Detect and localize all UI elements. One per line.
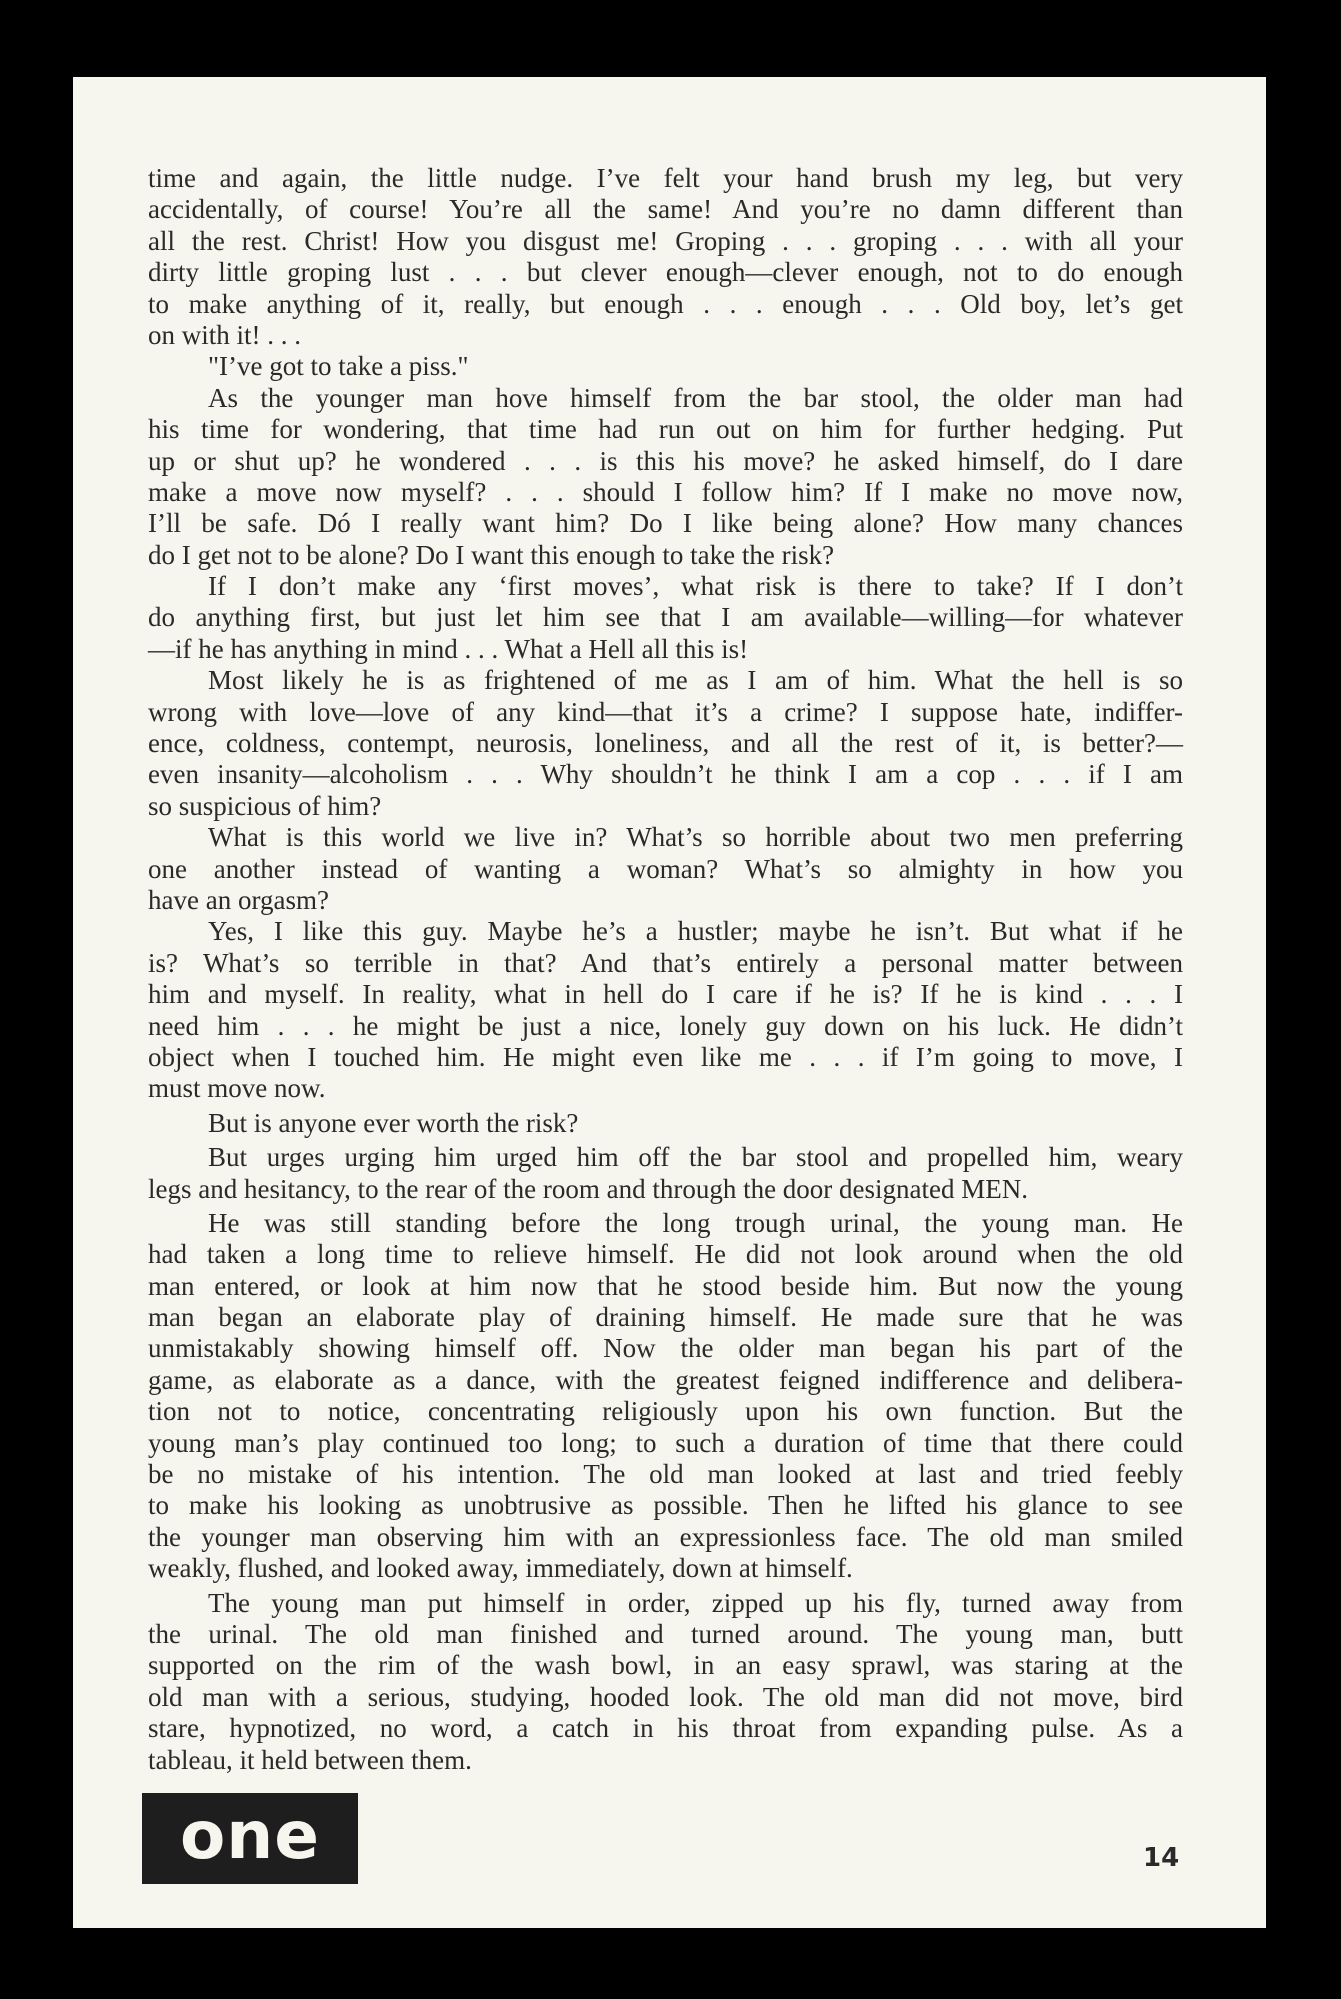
text-line: He was still standing before the long tr… [148, 1208, 1183, 1239]
text-line: the urinal. The old man finished and tur… [148, 1619, 1183, 1650]
text-line: old man with a serious, studying, hooded… [148, 1682, 1183, 1713]
text-line: object when I touched him. He might even… [148, 1042, 1183, 1073]
text-line: tion not to notice, concentrating religi… [148, 1396, 1183, 1427]
text-line: to make his looking as unobtrusive as po… [148, 1490, 1183, 1521]
paragraph: "I’ve got to take a piss." [148, 351, 1183, 382]
page-number: 14 [1143, 1843, 1179, 1873]
text-line: one another instead of wanting a woman? … [148, 854, 1183, 885]
paragraph: The young man put himself in order, zipp… [148, 1588, 1183, 1776]
text-line: wrong with love—love of any kind—that it… [148, 697, 1183, 728]
text-line: tableau, it held between them. [148, 1745, 1183, 1776]
paragraph: What is this world we live in? What’s so… [148, 822, 1183, 916]
paragraph: Yes, I like this guy. Maybe he’s a hustl… [148, 916, 1183, 1104]
article-body: time and again, the little nudge. I’ve f… [148, 163, 1183, 1776]
text-line: do anything first, but just let him see … [148, 602, 1183, 633]
text-line: up or shut up? he wondered . . . is this… [148, 446, 1183, 477]
paragraph: time and again, the little nudge. I’ve f… [148, 163, 1183, 351]
text-line: had taken a long time to relieve himself… [148, 1239, 1183, 1270]
magazine-logo: one [142, 1793, 358, 1884]
text-line: weakly, flushed, and looked away, immedi… [148, 1553, 1183, 1584]
text-line: "I’ve got to take a piss." [148, 351, 1183, 382]
text-line: unmistakably showing himself off. Now th… [148, 1333, 1183, 1364]
text-line: Most likely he is as frightened of me as… [148, 665, 1183, 696]
text-line: As the younger man hove himself from the… [148, 383, 1183, 414]
text-line: man began an elaborate play of draining … [148, 1302, 1183, 1333]
text-line: must move now. [148, 1073, 1183, 1104]
magazine-page: time and again, the little nudge. I’ve f… [73, 77, 1266, 1928]
text-line: man entered, or look at him now that he … [148, 1271, 1183, 1302]
text-line: on with it! . . . [148, 320, 1183, 351]
text-line: him and myself. In reality, what in hell… [148, 979, 1183, 1010]
text-line: legs and hesitancy, to the rear of the r… [148, 1174, 1183, 1205]
text-line: —if he has anything in mind . . . What a… [148, 634, 1183, 665]
text-line: to make anything of it, really, but enou… [148, 289, 1183, 320]
paragraph: Most likely he is as frightened of me as… [148, 665, 1183, 822]
text-line: need him . . . he might be just a nice, … [148, 1011, 1183, 1042]
paragraph: If I don’t make any ‘first moves’, what … [148, 571, 1183, 665]
paragraph: But is anyone ever worth the risk? [148, 1108, 1183, 1139]
text-line: time and again, the little nudge. I’ve f… [148, 163, 1183, 194]
text-line: young man’s play continued too long; to … [148, 1428, 1183, 1459]
paragraph: But urges urging him urged him off the b… [148, 1142, 1183, 1205]
text-line: so suspicious of him? [148, 791, 1183, 822]
text-line: But is anyone ever worth the risk? [148, 1108, 1183, 1139]
text-line: game, as elaborate as a dance, with the … [148, 1365, 1183, 1396]
text-line: What is this world we live in? What’s so… [148, 822, 1183, 853]
text-line: The young man put himself in order, zipp… [148, 1588, 1183, 1619]
text-line: But urges urging him urged him off the b… [148, 1142, 1183, 1173]
paragraph: As the younger man hove himself from the… [148, 383, 1183, 571]
text-line: the younger man observing him with an ex… [148, 1522, 1183, 1553]
text-line: supported on the rim of the wash bowl, i… [148, 1650, 1183, 1681]
text-line: If I don’t make any ‘first moves’, what … [148, 571, 1183, 602]
text-line: his time for wondering, that time had ru… [148, 414, 1183, 445]
text-line: be no mistake of his intention. The old … [148, 1459, 1183, 1490]
text-line: all the rest. Christ! How you disgust me… [148, 226, 1183, 257]
text-line: ence, coldness, contempt, neurosis, lone… [148, 728, 1183, 759]
text-line: is? What’s so terrible in that? And that… [148, 948, 1183, 979]
text-line: do I get not to be alone? Do I want this… [148, 540, 1183, 571]
text-line: dirty little groping lust . . . but clev… [148, 257, 1183, 288]
text-line: accidentally, of course! You’re all the … [148, 194, 1183, 225]
paragraph: He was still standing before the long tr… [148, 1208, 1183, 1585]
text-line: make a move now myself? . . . should I f… [148, 477, 1183, 508]
text-line: stare, hypnotized, no word, a catch in h… [148, 1713, 1183, 1744]
text-line: have an orgasm? [148, 885, 1183, 916]
logo-text: one [180, 1803, 320, 1869]
text-line: Yes, I like this guy. Maybe he’s a hustl… [148, 916, 1183, 947]
text-line: even insanity—alcoholism . . . Why shoul… [148, 759, 1183, 790]
text-line: I’ll be safe. Dó I really want him? Do I… [148, 508, 1183, 539]
